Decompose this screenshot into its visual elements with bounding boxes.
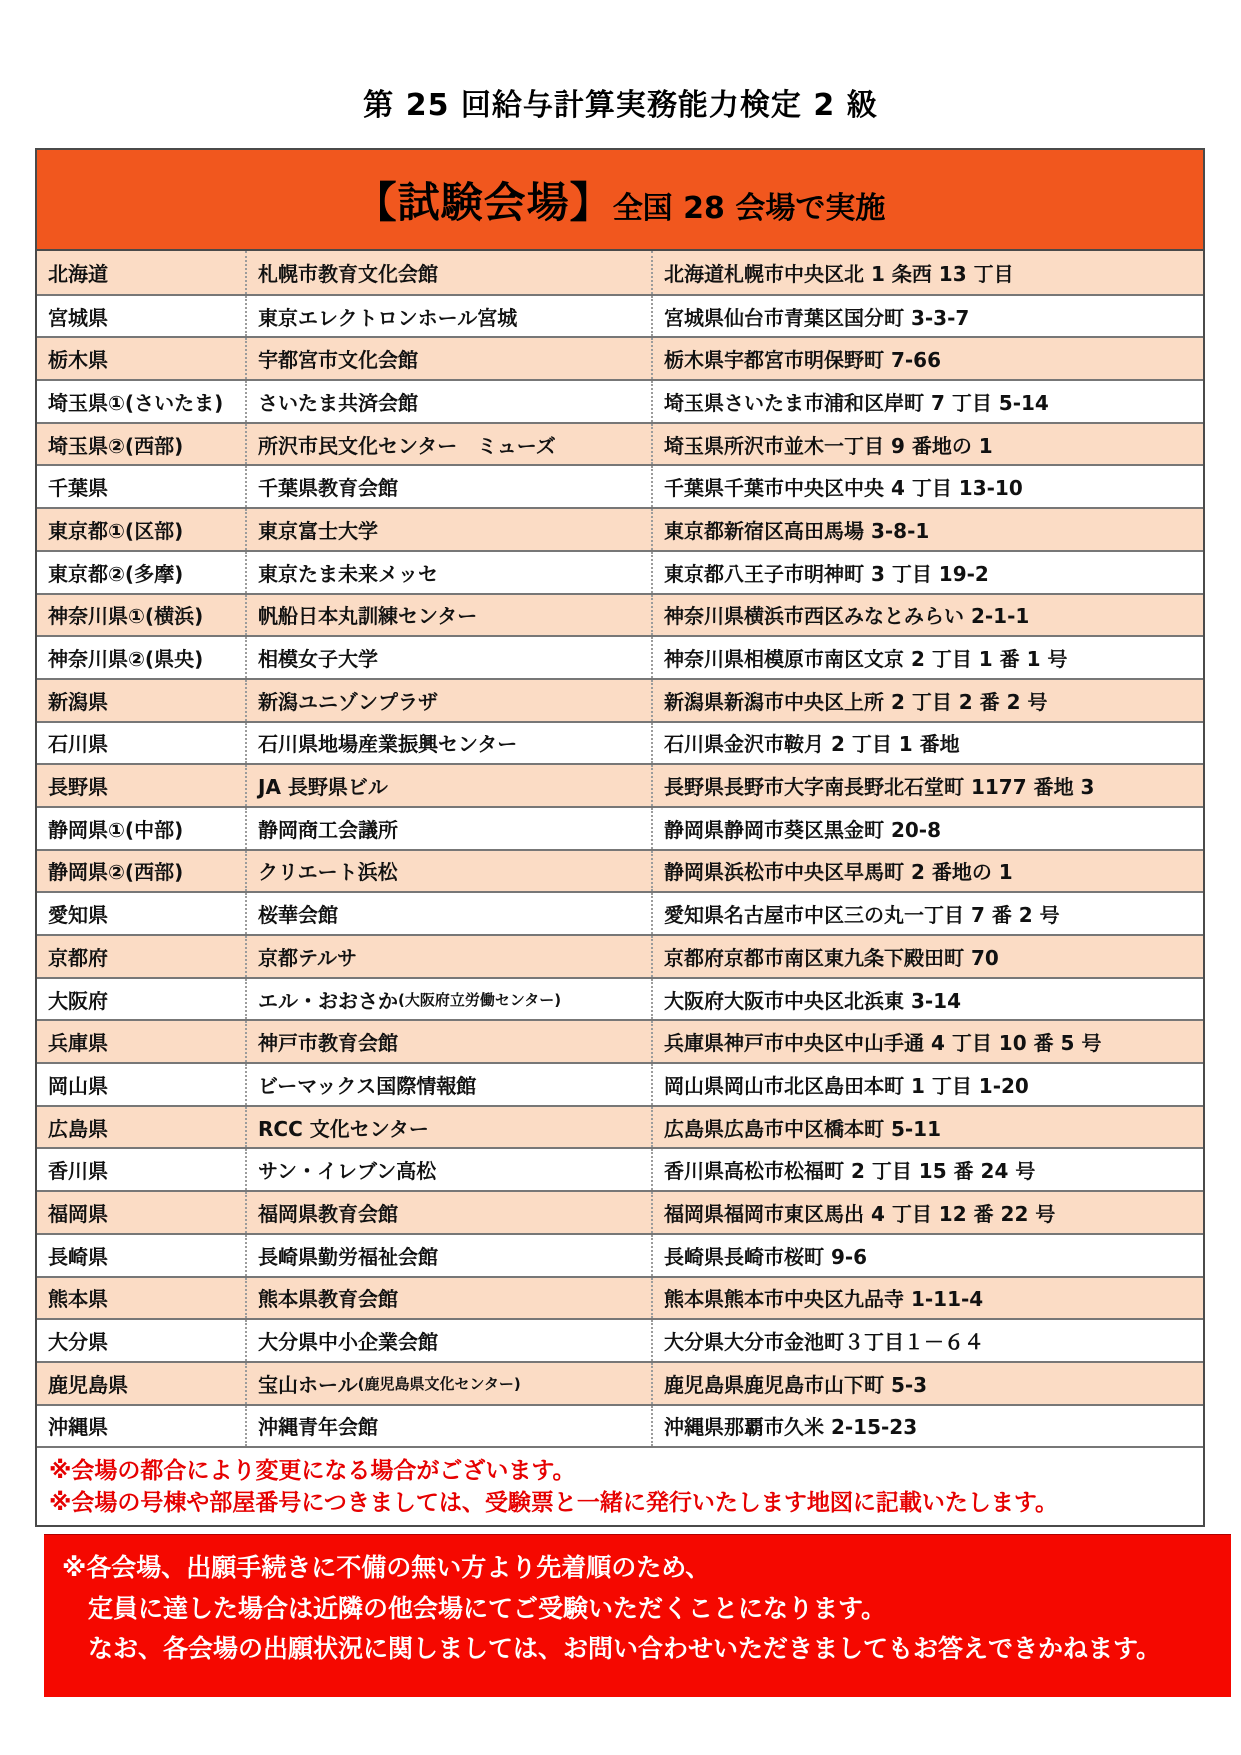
prefecture-cell: 静岡県②(西部): [37, 851, 247, 892]
venue-cell: 福岡県教育会館: [247, 1192, 653, 1233]
venue-cell: 東京富士大学: [247, 509, 653, 550]
note-line-2: ※会場の号棟や部屋番号につきましては、受験票と一緒に発行いたします地図に記載いた…: [49, 1487, 1193, 1519]
venue-name: RCC 文化センター: [258, 1113, 429, 1142]
venue-cell: JA 長野県ビル: [247, 765, 653, 806]
venue-cell: エル・おおさか(大阪府立労働センター): [247, 979, 653, 1020]
venue-cell: RCC 文化センター: [247, 1107, 653, 1148]
prefecture-cell: 熊本県: [37, 1278, 247, 1319]
venue-cell: 桜華会館: [247, 893, 653, 934]
banner: 【試験会場】 全国 28 会場で実施: [37, 150, 1203, 251]
table-row: 埼玉県②(西部) 所沢市民文化センター ミューズ 埼玉県所沢市並木一丁目 9 番…: [37, 422, 1203, 465]
address-cell: 埼玉県さいたま市浦和区岸町 7 丁目 5-14: [653, 381, 1203, 422]
address-cell: 石川県金沢市鞍月 2 丁目 1 番地: [653, 723, 1203, 764]
table-row: 沖縄県 沖縄青年会館 沖縄県那覇市久米 2-15-23: [37, 1404, 1203, 1447]
table-row: 千葉県 千葉県教育会館 千葉県千葉市中央区中央 4 丁目 13-10: [37, 464, 1203, 507]
table-row: 石川県 石川県地場産業振興センター 石川県金沢市鞍月 2 丁目 1 番地: [37, 721, 1203, 764]
venue-name: エル・おおさか: [258, 985, 398, 1014]
venue-cell: 熊本県教育会館: [247, 1278, 653, 1319]
venue-name: 東京富士大学: [258, 515, 378, 544]
banner-heading: 【試験会場】: [355, 170, 613, 230]
warning-line-2: 定員に達した場合は近隣の他会場にてご受験いただくことになります。: [62, 1589, 1221, 1630]
table-row: 長崎県 長崎県勤労福祉会館 長崎県長崎市桜町 9-6: [37, 1233, 1203, 1276]
prefecture-cell: 鹿児島県: [37, 1363, 247, 1404]
venue-cell: 長崎県勤労福祉会館: [247, 1235, 653, 1276]
venue-cell: 帆船日本丸訓練センター: [247, 595, 653, 636]
table-row: 北海道 札幌市教育文化会館 北海道札幌市中央区北 1 条西 13 丁目: [37, 251, 1203, 294]
warning-line-1: ※各会場、出願手続きに不備の無い方より先着順のため、: [62, 1548, 1221, 1589]
prefecture-cell: 神奈川県①(横浜): [37, 595, 247, 636]
prefecture-cell: 石川県: [37, 723, 247, 764]
doc-title: 第 25 回給与計算実務能力検定 2 級: [0, 0, 1241, 148]
venue-name: 京都テルサ: [258, 942, 357, 971]
venue-name: サン・イレブン高松: [258, 1155, 436, 1184]
address-cell: 大阪府大阪市中央区北浜東 3-14: [653, 979, 1203, 1020]
venue-cell: 静岡商工会議所: [247, 808, 653, 849]
address-cell: 広島県広島市中区橋本町 5-11: [653, 1107, 1203, 1148]
address-cell: 北海道札幌市中央区北 1 条西 13 丁目: [653, 251, 1203, 294]
venue-name: 熊本県教育会館: [258, 1283, 398, 1312]
table-row: 埼玉県①(さいたま) さいたま共済会館 埼玉県さいたま市浦和区岸町 7 丁目 5…: [37, 379, 1203, 422]
address-cell: 長崎県長崎市桜町 9-6: [653, 1235, 1203, 1276]
table-row: 鹿児島県 宝山ホール(鹿児島県文化センター) 鹿児島県鹿児島市山下町 5-3: [37, 1361, 1203, 1404]
table-row: 熊本県 熊本県教育会館 熊本県熊本市中央区九品寺 1-11-4: [37, 1276, 1203, 1319]
venue-cell: 京都テルサ: [247, 936, 653, 977]
prefecture-cell: 兵庫県: [37, 1021, 247, 1062]
prefecture-cell: 広島県: [37, 1107, 247, 1148]
table-row: 福岡県 福岡県教育会館 福岡県福岡市東区馬出 4 丁目 12 番 22 号: [37, 1190, 1203, 1233]
address-cell: 栃木県宇都宮市明保野町 7-66: [653, 338, 1203, 379]
venue-cell: 大分県中小企業会館: [247, 1320, 653, 1361]
prefecture-cell: 長崎県: [37, 1235, 247, 1276]
prefecture-cell: 長野県: [37, 765, 247, 806]
venue-name: 宇都宮市文化会館: [258, 344, 418, 373]
prefecture-cell: 神奈川県②(県央): [37, 637, 247, 678]
venue-name: JA 長野県ビル: [258, 771, 388, 800]
address-cell: 東京都新宿区高田馬場 3-8-1: [653, 509, 1203, 550]
prefecture-cell: 大阪府: [37, 979, 247, 1020]
venue-name: 大分県中小企業会館: [258, 1326, 438, 1355]
note-line-1: ※会場の都合により変更になる場合がございます。: [49, 1455, 1193, 1487]
venue-cell: 神戸市教育会館: [247, 1021, 653, 1062]
table-row: 長野県 JA 長野県ビル 長野県長野市大字南長野北石堂町 1177 番地 3: [37, 763, 1203, 806]
venue-cell: 所沢市民文化センター ミューズ: [247, 424, 653, 465]
address-cell: 京都府京都市南区東九条下殿田町 70: [653, 936, 1203, 977]
venue-cell: ビーマックス国際情報館: [247, 1064, 653, 1105]
address-cell: 鹿児島県鹿児島市山下町 5-3: [653, 1363, 1203, 1404]
venue-name: 新潟ユニゾンプラザ: [258, 686, 438, 715]
venue-note: (大阪府立労働センター): [398, 989, 561, 1010]
venue-cell: 新潟ユニゾンプラザ: [247, 680, 653, 721]
venue-cell: クリエート浜松: [247, 851, 653, 892]
prefecture-cell: 北海道: [37, 251, 247, 294]
address-cell: 長野県長野市大字南長野北石堂町 1177 番地 3: [653, 765, 1203, 806]
prefecture-cell: 福岡県: [37, 1192, 247, 1233]
venue-cell: 東京たま未来メッセ: [247, 552, 653, 593]
venue-cell: 宝山ホール(鹿児島県文化センター): [247, 1363, 653, 1404]
banner-subheading: 全国 28 会場で実施: [613, 173, 886, 227]
venue-name: 神戸市教育会館: [258, 1027, 398, 1056]
table-row: 静岡県①(中部) 静岡商工会議所 静岡県静岡市葵区黒金町 20-8: [37, 806, 1203, 849]
venue-name: 桜華会館: [258, 899, 338, 928]
venue-name: 宝山ホール: [258, 1369, 358, 1398]
table-row: 東京都②(多摩) 東京たま未来メッセ 東京都八王子市明神町 3 丁目 19-2: [37, 550, 1203, 593]
prefecture-cell: 沖縄県: [37, 1406, 247, 1447]
table-row: 栃木県 宇都宮市文化会館 栃木県宇都宮市明保野町 7-66: [37, 336, 1203, 379]
venue-name: 帆船日本丸訓練センター: [258, 600, 477, 629]
venue-note: (鹿児島県文化センター): [358, 1373, 521, 1394]
venue-name: 石川県地場産業振興センター: [258, 728, 517, 757]
venue-cell: 石川県地場産業振興センター: [247, 723, 653, 764]
prefecture-cell: 大分県: [37, 1320, 247, 1361]
venue-name: 所沢市民文化センター ミューズ: [258, 430, 556, 459]
table-row: 神奈川県②(県央) 相模女子大学 神奈川県相模原市南区文京 2 丁目 1 番 1…: [37, 635, 1203, 678]
venue-name: 福岡県教育会館: [258, 1198, 398, 1227]
prefecture-cell: 埼玉県①(さいたま): [37, 381, 247, 422]
table-row: 兵庫県 神戸市教育会館 兵庫県神戸市中央区中山手通 4 丁目 10 番 5 号: [37, 1019, 1203, 1062]
venue-table-container: 【試験会場】 全国 28 会場で実施 北海道 札幌市教育文化会館 北海道札幌市中…: [35, 148, 1205, 1527]
warning-box: ※各会場、出願手続きに不備の無い方より先着順のため、 定員に達した場合は近隣の他…: [44, 1534, 1231, 1697]
prefecture-cell: 東京都②(多摩): [37, 552, 247, 593]
table-row: 広島県 RCC 文化センター 広島県広島市中区橋本町 5-11: [37, 1105, 1203, 1148]
venue-name: 東京エレクトロンホール宮城: [258, 302, 517, 331]
venue-name: さいたま共済会館: [258, 387, 418, 416]
prefecture-cell: 新潟県: [37, 680, 247, 721]
table-row: 愛知県 桜華会館 愛知県名古屋市中区三の丸一丁目 7 番 2 号: [37, 891, 1203, 934]
venue-name: 札幌市教育文化会館: [258, 258, 438, 287]
address-cell: 東京都八王子市明神町 3 丁目 19-2: [653, 552, 1203, 593]
address-cell: 岡山県岡山市北区島田本町 1 丁目 1-20: [653, 1064, 1203, 1105]
table-row: 大分県 大分県中小企業会館 大分県大分市金池町３丁目１－６４: [37, 1318, 1203, 1361]
table-row: 京都府 京都テルサ 京都府京都市南区東九条下殿田町 70: [37, 934, 1203, 977]
venue-cell: 沖縄青年会館: [247, 1406, 653, 1447]
address-cell: 沖縄県那覇市久米 2-15-23: [653, 1406, 1203, 1447]
address-cell: 愛知県名古屋市中区三の丸一丁目 7 番 2 号: [653, 893, 1203, 934]
address-cell: 埼玉県所沢市並木一丁目 9 番地の 1: [653, 424, 1203, 465]
venue-cell: 千葉県教育会館: [247, 466, 653, 507]
address-cell: 大分県大分市金池町３丁目１－６４: [653, 1320, 1203, 1361]
address-cell: 新潟県新潟市中央区上所 2 丁目 2 番 2 号: [653, 680, 1203, 721]
prefecture-cell: 岡山県: [37, 1064, 247, 1105]
venue-name: ビーマックス国際情報館: [258, 1070, 476, 1099]
address-cell: 神奈川県横浜市西区みなとみらい 2-1-1: [653, 595, 1203, 636]
address-cell: 宮城県仙台市青葉区国分町 3-3-7: [653, 296, 1203, 337]
table-row: 香川県 サン・イレブン高松 香川県高松市松福町 2 丁目 15 番 24 号: [37, 1147, 1203, 1190]
venue-name: 長崎県勤労福祉会館: [258, 1241, 438, 1270]
address-cell: 静岡県浜松市中央区早馬町 2 番地の 1: [653, 851, 1203, 892]
address-cell: 兵庫県神戸市中央区中山手通 4 丁目 10 番 5 号: [653, 1021, 1203, 1062]
table-row: 静岡県②(西部) クリエート浜松 静岡県浜松市中央区早馬町 2 番地の 1: [37, 849, 1203, 892]
venue-table-body: 北海道 札幌市教育文化会館 北海道札幌市中央区北 1 条西 13 丁目 宮城県 …: [37, 251, 1203, 1446]
venue-name: 相模女子大学: [258, 643, 378, 672]
address-cell: 千葉県千葉市中央区中央 4 丁目 13-10: [653, 466, 1203, 507]
table-row: 大阪府 エル・おおさか(大阪府立労働センター) 大阪府大阪市中央区北浜東 3-1…: [37, 977, 1203, 1020]
address-cell: 香川県高松市松福町 2 丁目 15 番 24 号: [653, 1149, 1203, 1190]
prefecture-cell: 香川県: [37, 1149, 247, 1190]
venue-cell: 相模女子大学: [247, 637, 653, 678]
prefecture-cell: 埼玉県②(西部): [37, 424, 247, 465]
prefecture-cell: 愛知県: [37, 893, 247, 934]
table-row: 宮城県 東京エレクトロンホール宮城 宮城県仙台市青葉区国分町 3-3-7: [37, 294, 1203, 337]
prefecture-cell: 栃木県: [37, 338, 247, 379]
table-row: 神奈川県①(横浜) 帆船日本丸訓練センター 神奈川県横浜市西区みなとみらい 2-…: [37, 593, 1203, 636]
page: { "page": { "title": "第 25 回給与計算実務能力検定 2…: [0, 0, 1241, 1755]
address-cell: 静岡県静岡市葵区黒金町 20-8: [653, 808, 1203, 849]
venue-name: 千葉県教育会館: [258, 472, 398, 501]
venue-cell: 札幌市教育文化会館: [247, 251, 653, 294]
prefecture-cell: 千葉県: [37, 466, 247, 507]
venue-name: 東京たま未来メッセ: [258, 558, 438, 587]
table-row: 岡山県 ビーマックス国際情報館 岡山県岡山市北区島田本町 1 丁目 1-20: [37, 1062, 1203, 1105]
prefecture-cell: 宮城県: [37, 296, 247, 337]
prefecture-cell: 東京都①(区部): [37, 509, 247, 550]
prefecture-cell: 静岡県①(中部): [37, 808, 247, 849]
warning-line-3: なお、各会場の出願状況に関しましては、お問い合わせいただきましてもお答えできかね…: [62, 1629, 1221, 1670]
venue-name: クリエート浜松: [258, 856, 398, 885]
table-row: 東京都①(区部) 東京富士大学 東京都新宿区高田馬場 3-8-1: [37, 507, 1203, 550]
address-cell: 福岡県福岡市東区馬出 4 丁目 12 番 22 号: [653, 1192, 1203, 1233]
venue-name: 沖縄青年会館: [258, 1411, 378, 1440]
prefecture-cell: 京都府: [37, 936, 247, 977]
venue-cell: 東京エレクトロンホール宮城: [247, 296, 653, 337]
address-cell: 神奈川県相模原市南区文京 2 丁目 1 番 1 号: [653, 637, 1203, 678]
table-row: 新潟県 新潟ユニゾンプラザ 新潟県新潟市中央区上所 2 丁目 2 番 2 号: [37, 678, 1203, 721]
notes-section: ※会場の都合により変更になる場合がございます。 ※会場の号棟や部屋番号につきまし…: [37, 1446, 1203, 1525]
venue-cell: 宇都宮市文化会館: [247, 338, 653, 379]
venue-name: 静岡商工会議所: [258, 814, 398, 843]
venue-cell: さいたま共済会館: [247, 381, 653, 422]
venue-cell: サン・イレブン高松: [247, 1149, 653, 1190]
address-cell: 熊本県熊本市中央区九品寺 1-11-4: [653, 1278, 1203, 1319]
